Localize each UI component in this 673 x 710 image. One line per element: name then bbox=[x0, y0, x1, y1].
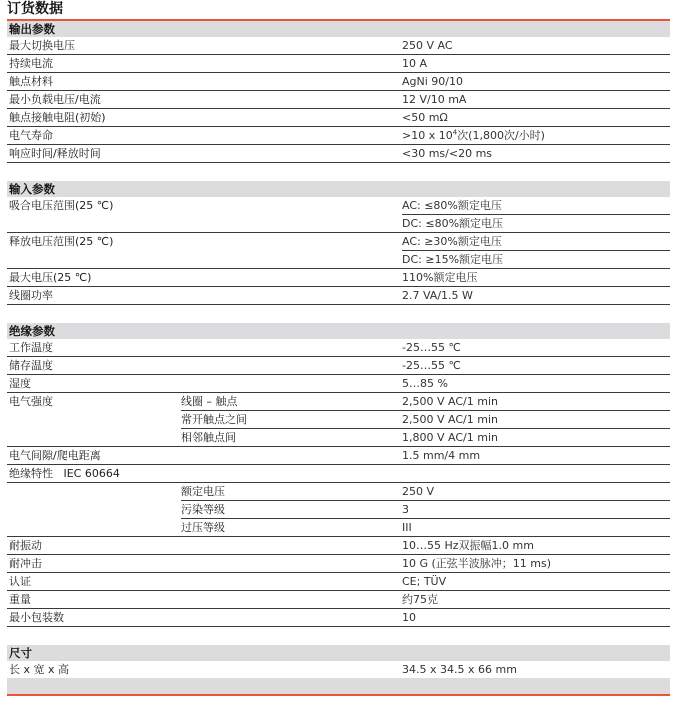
table-row: 线圈功率 2.7 VA/1.5 W bbox=[7, 287, 670, 305]
table-row-group: 释放电压范围(25 ℃) AC: ≥30%额定电压 DC: ≥15%额定电压 bbox=[7, 233, 670, 269]
row-label: 触点接触电阻(初始) bbox=[7, 109, 402, 126]
row-label: 电气寿命 bbox=[7, 127, 402, 144]
table-row: 触点材料 AgNi 90/10 bbox=[7, 73, 670, 91]
row-values: AC: ≥30%额定电压 DC: ≥15%额定电压 bbox=[402, 233, 670, 268]
table-row: 耐振动 10…55 Hz双振幅1.0 mm bbox=[7, 537, 670, 555]
table-footer-band bbox=[7, 678, 670, 694]
row-value: DC: ≥15%额定电压 bbox=[402, 251, 670, 268]
accent-divider-bottom bbox=[7, 694, 670, 696]
table-row: 工作温度 -25…55 ℃ bbox=[7, 339, 670, 357]
row-label: 工作温度 bbox=[7, 339, 402, 356]
sub-row-label: 过压等级 bbox=[181, 519, 402, 536]
sub-row-label: 线圈 – 触点 bbox=[181, 393, 402, 410]
table-row: 储存温度 -25…55 ℃ bbox=[7, 357, 670, 375]
row-label: 储存温度 bbox=[7, 357, 402, 374]
section-spacer bbox=[7, 305, 670, 323]
sub-row-label: 污染等级 bbox=[181, 501, 402, 518]
table-row: 最小负载电压/电流 12 V/10 mA bbox=[7, 91, 670, 109]
row-value: <30 ms/<20 ms bbox=[402, 145, 670, 162]
row-label: 最小包装数 bbox=[7, 609, 402, 626]
sub-row-value: 1,800 V AC/1 min bbox=[402, 429, 670, 446]
order-data-sheet: 订货数据 输出参数 最大切换电压 250 V AC 持续电流 10 A 触点材料… bbox=[0, 0, 673, 696]
table-row: 绝缘特性 IEC 60664 bbox=[7, 465, 670, 483]
row-label: 吸合电压范围(25 ℃) bbox=[7, 197, 402, 232]
sub-row-label: 额定电压 bbox=[181, 483, 402, 500]
row-values: AC: ≤80%额定电压 DC: ≤80%额定电压 bbox=[402, 197, 670, 232]
row-value: 12 V/10 mA bbox=[402, 91, 670, 108]
row-value: <50 mΩ bbox=[402, 109, 670, 126]
sub-row-value: 3 bbox=[402, 501, 670, 518]
sub-row-label: 相邻触点间 bbox=[181, 429, 402, 446]
row-label: 响应时间/释放时间 bbox=[7, 145, 402, 162]
row-value: 10 G (正弦半波脉冲；11 ms) bbox=[402, 555, 670, 572]
row-value: 250 V AC bbox=[402, 37, 670, 54]
row-value: 1.5 mm/4 mm bbox=[402, 447, 670, 464]
sub-row-value: 250 V bbox=[402, 483, 670, 500]
value-prefix: >10 x 10 bbox=[402, 129, 453, 142]
table-row-group: 吸合电压范围(25 ℃) AC: ≤80%额定电压 DC: ≤80%额定电压 bbox=[7, 197, 670, 233]
spec-table: 输出参数 最大切换电压 250 V AC 持续电流 10 A 触点材料 AgNi… bbox=[7, 21, 670, 696]
sub-row-value: III bbox=[402, 519, 670, 536]
table-row: 电气寿命 >10 x 104次(1,800次/小时) bbox=[7, 127, 670, 145]
page-title: 订货数据 bbox=[0, 0, 673, 19]
row-label: 触点材料 bbox=[7, 73, 402, 90]
row-value: 10…55 Hz双振幅1.0 mm bbox=[402, 537, 670, 554]
row-value: -25…55 ℃ bbox=[402, 339, 670, 356]
row-label: 释放电压范围(25 ℃) bbox=[7, 233, 402, 268]
table-row: 耐冲击 10 G (正弦半波脉冲；11 ms) bbox=[7, 555, 670, 573]
row-value: AC: ≥30%额定电压 bbox=[402, 233, 670, 251]
sub-row: 线圈 – 触点 2,500 V AC/1 min bbox=[181, 393, 670, 411]
row-value: 5…85 % bbox=[402, 375, 670, 392]
row-label: 线圈功率 bbox=[7, 287, 402, 304]
row-label: 最小负载电压/电流 bbox=[7, 91, 402, 108]
row-label: 重量 bbox=[7, 591, 402, 608]
sub-rows: 线圈 – 触点 2,500 V AC/1 min 常开触点之间 2,500 V … bbox=[181, 393, 670, 446]
row-label: 最大电压(25 ℃) bbox=[7, 269, 402, 286]
row-value: -25…55 ℃ bbox=[402, 357, 670, 374]
sub-row: 污染等级 3 bbox=[181, 501, 670, 519]
section-header-dimensions: 尺寸 bbox=[7, 645, 670, 661]
table-row: 持续电流 10 A bbox=[7, 55, 670, 73]
table-row: 响应时间/释放时间 <30 ms/<20 ms bbox=[7, 145, 670, 163]
section-spacer bbox=[7, 627, 670, 645]
row-label: 最大切换电压 bbox=[7, 37, 402, 54]
sub-row: 过压等级 III bbox=[181, 519, 670, 536]
sub-row-value: 2,500 V AC/1 min bbox=[402, 393, 670, 410]
row-value: 约75克 bbox=[402, 591, 670, 608]
sub-rows: 额定电压 250 V 污染等级 3 过压等级 III bbox=[181, 483, 670, 536]
table-row: 湿度 5…85 % bbox=[7, 375, 670, 393]
table-row: 长 x 宽 x 高 34.5 x 34.5 x 66 mm bbox=[7, 661, 670, 678]
row-label: 耐振动 bbox=[7, 537, 402, 554]
table-row: 重量 约75克 bbox=[7, 591, 670, 609]
section-header-input: 输入参数 bbox=[7, 181, 670, 197]
row-value: DC: ≤80%额定电压 bbox=[402, 215, 670, 232]
section-header-output: 输出参数 bbox=[7, 21, 670, 37]
row-value: 10 A bbox=[402, 55, 670, 72]
sub-row: 额定电压 250 V bbox=[181, 483, 670, 501]
sub-row-value: 2,500 V AC/1 min bbox=[402, 411, 670, 428]
section-spacer bbox=[7, 163, 670, 181]
row-label: 认证 bbox=[7, 573, 402, 590]
row-label: 湿度 bbox=[7, 375, 402, 392]
row-label-empty bbox=[7, 483, 181, 536]
table-row: 最大切换电压 250 V AC bbox=[7, 37, 670, 55]
row-label: 长 x 宽 x 高 bbox=[7, 661, 402, 678]
value-suffix: 次(1,800次/小时) bbox=[457, 129, 545, 142]
sub-row: 常开触点之间 2,500 V AC/1 min bbox=[181, 411, 670, 429]
row-value: 10 bbox=[402, 609, 670, 626]
row-label: 电气间隙/爬电距离 bbox=[7, 447, 402, 464]
table-row: 认证 CE; TÜV bbox=[7, 573, 670, 591]
table-row: 电气间隙/爬电距离 1.5 mm/4 mm bbox=[7, 447, 670, 465]
table-row: 最大电压(25 ℃) 110%额定电压 bbox=[7, 269, 670, 287]
row-label: 持续电流 bbox=[7, 55, 402, 72]
sub-row-label: 常开触点之间 bbox=[181, 411, 402, 428]
table-row: 触点接触电阻(初始) <50 mΩ bbox=[7, 109, 670, 127]
table-row-group-iec: 额定电压 250 V 污染等级 3 过压等级 III bbox=[7, 483, 670, 537]
table-row-group-dielectric: 电气强度 线圈 – 触点 2,500 V AC/1 min 常开触点之间 2,5… bbox=[7, 393, 670, 447]
row-value bbox=[402, 465, 670, 482]
row-label: 电气强度 bbox=[7, 393, 181, 446]
row-label: 绝缘特性 IEC 60664 bbox=[7, 465, 402, 482]
row-value: AgNi 90/10 bbox=[402, 73, 670, 90]
row-value: AC: ≤80%额定电压 bbox=[402, 197, 670, 215]
row-value: >10 x 104次(1,800次/小时) bbox=[402, 127, 670, 144]
section-header-insulation: 绝缘参数 bbox=[7, 323, 670, 339]
row-value: 2.7 VA/1.5 W bbox=[402, 287, 670, 304]
sub-row: 相邻触点间 1,800 V AC/1 min bbox=[181, 429, 670, 446]
row-value: 110%额定电压 bbox=[402, 269, 670, 286]
table-row: 最小包装数 10 bbox=[7, 609, 670, 627]
row-value: CE; TÜV bbox=[402, 573, 670, 590]
row-value: 34.5 x 34.5 x 66 mm bbox=[402, 661, 670, 678]
row-label: 耐冲击 bbox=[7, 555, 402, 572]
